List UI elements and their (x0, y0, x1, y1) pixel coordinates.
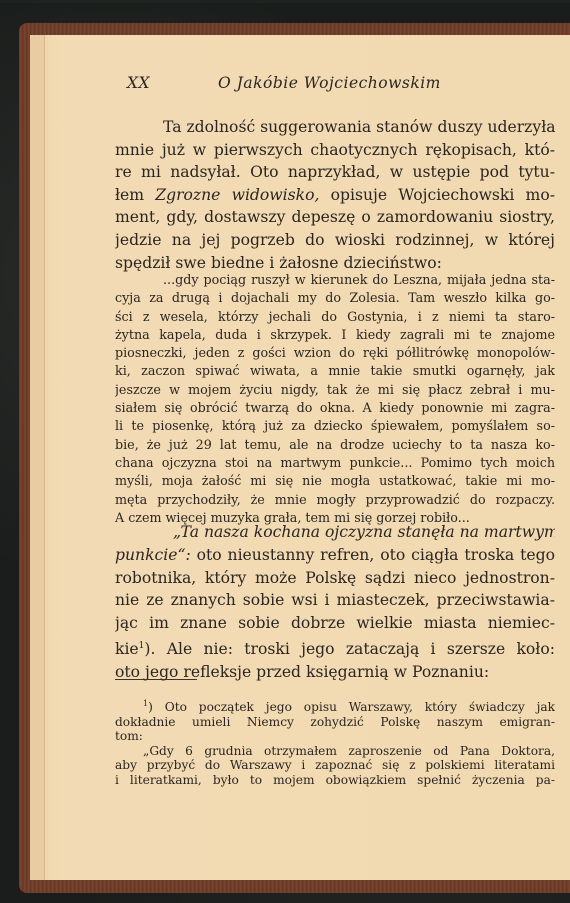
text-line: re mi nadsyłał. Oto naprzykład, w ustępi… (115, 161, 555, 184)
text-line: mnie już w pierwszych chaotycznych rękop… (115, 139, 555, 162)
quote-line: bie, że już 29 lat temu, ale na drodze u… (115, 436, 555, 454)
quote-line: piosneczki, jeden z gości wzion do ręki … (115, 344, 555, 362)
footnote-line: tom: (115, 729, 555, 744)
text-fragment: kie (115, 640, 139, 658)
quote-line: ...gdy pociąg ruszył w kierunek do Leszn… (115, 271, 555, 289)
footnote-line: i literatkami, było to mojem obowiązkiem… (115, 773, 555, 788)
quote-line: żytna kapela, duda i skrzypek. I kiedy z… (115, 326, 555, 344)
text-line: łem Zgrozne widowisko, opisuje Wojciecho… (115, 184, 555, 207)
page-number: XX (127, 74, 150, 92)
quote-line: chana ojczyzna stoi na martwym punkcie..… (115, 454, 555, 472)
text-line: robotnika, który może Polskę sądzi nieco… (115, 567, 555, 590)
quote-line: li te piosenkę, którą już za dziecko śpi… (115, 417, 555, 435)
text-line: Ta zdolność suggerowania stanów duszy ud… (115, 116, 555, 139)
page-stack-edge (30, 35, 45, 880)
quote-line: ki, zaczon spiwać wiwata, a mnie takie s… (115, 362, 555, 380)
footnote-line: aby przybyć do Warszawy i zapoznać się z… (115, 758, 555, 773)
text-fragment: opisuje Wojciechowski mo- (331, 186, 555, 204)
italic-quote-end: punkcie“: (115, 546, 191, 564)
body-paragraph-2: „Ta nasza kochana ojczyzna stanęła na ma… (115, 521, 555, 684)
footnote-separator (115, 679, 197, 680)
text-fragment: oto nieustanny refren, oto ciągła troska… (197, 546, 555, 564)
text-line: ment, gdy, dostawszy depeszę o zamordowa… (115, 206, 555, 229)
text-fragment: ). Ale nie: troski jego zataczają i szer… (144, 640, 555, 658)
text-fragment: łem (115, 186, 144, 204)
italic-title: Zgrozne widowisko, (155, 186, 319, 204)
quote-line: męta przychodziły, że mnie mogły przypro… (115, 491, 555, 509)
block-quote: ...gdy pociąg ruszył w kierunek do Leszn… (115, 271, 555, 527)
text-line: „Ta nasza kochana ojczyzna stanęła na ma… (115, 521, 555, 544)
text-line: jedzie na jej pogrzeb do wioski rodzinne… (115, 229, 555, 252)
footnote-line: dokładnie umieli Niemcy zohydzić Polskę … (115, 715, 555, 730)
running-header: XX O Jakóbie Wojciechowskim (0, 74, 570, 98)
quote-line: ści z wesela, którzy jechali do Gostynia… (115, 308, 555, 326)
quote-line: jeszcze w mojem życiu nigdy, tak że mi s… (115, 381, 555, 399)
quote-line: myśli, moja żałość mi się nie mogła usta… (115, 472, 555, 490)
footnote-line: „Gdy 6 grudnia otrzymałem zaproszenie od… (115, 744, 555, 759)
text-fragment: ) Oto początek jego opisu Warszawy, któr… (148, 700, 555, 714)
text-line: nie ze znanych sobie wsi i miasteczek, p… (115, 589, 555, 612)
text-line: punkcie“: oto nieustanny refren, oto cią… (115, 544, 555, 567)
footnote-line: 1) Oto początek jego opisu Warszawy, któ… (115, 697, 555, 715)
running-title: O Jakóbie Wojciechowskim (218, 74, 441, 92)
quote-line: siałem się obrócić twarzą do okna. A kie… (115, 399, 555, 417)
body-paragraph-1: Ta zdolność suggerowania stanów duszy ud… (115, 116, 555, 274)
footnote: 1) Oto początek jego opisu Warszawy, któ… (115, 697, 555, 787)
quote-line: cyja za drugą i dojachali my do Zolesia.… (115, 289, 555, 307)
text-line: jąc im znane sobie dobrze wielkie miasta… (115, 612, 555, 635)
text-line: kie1). Ale nie: troski jego zataczają i … (115, 635, 555, 661)
text-line: oto jego refleksje przed księgarnią w Po… (115, 661, 555, 684)
